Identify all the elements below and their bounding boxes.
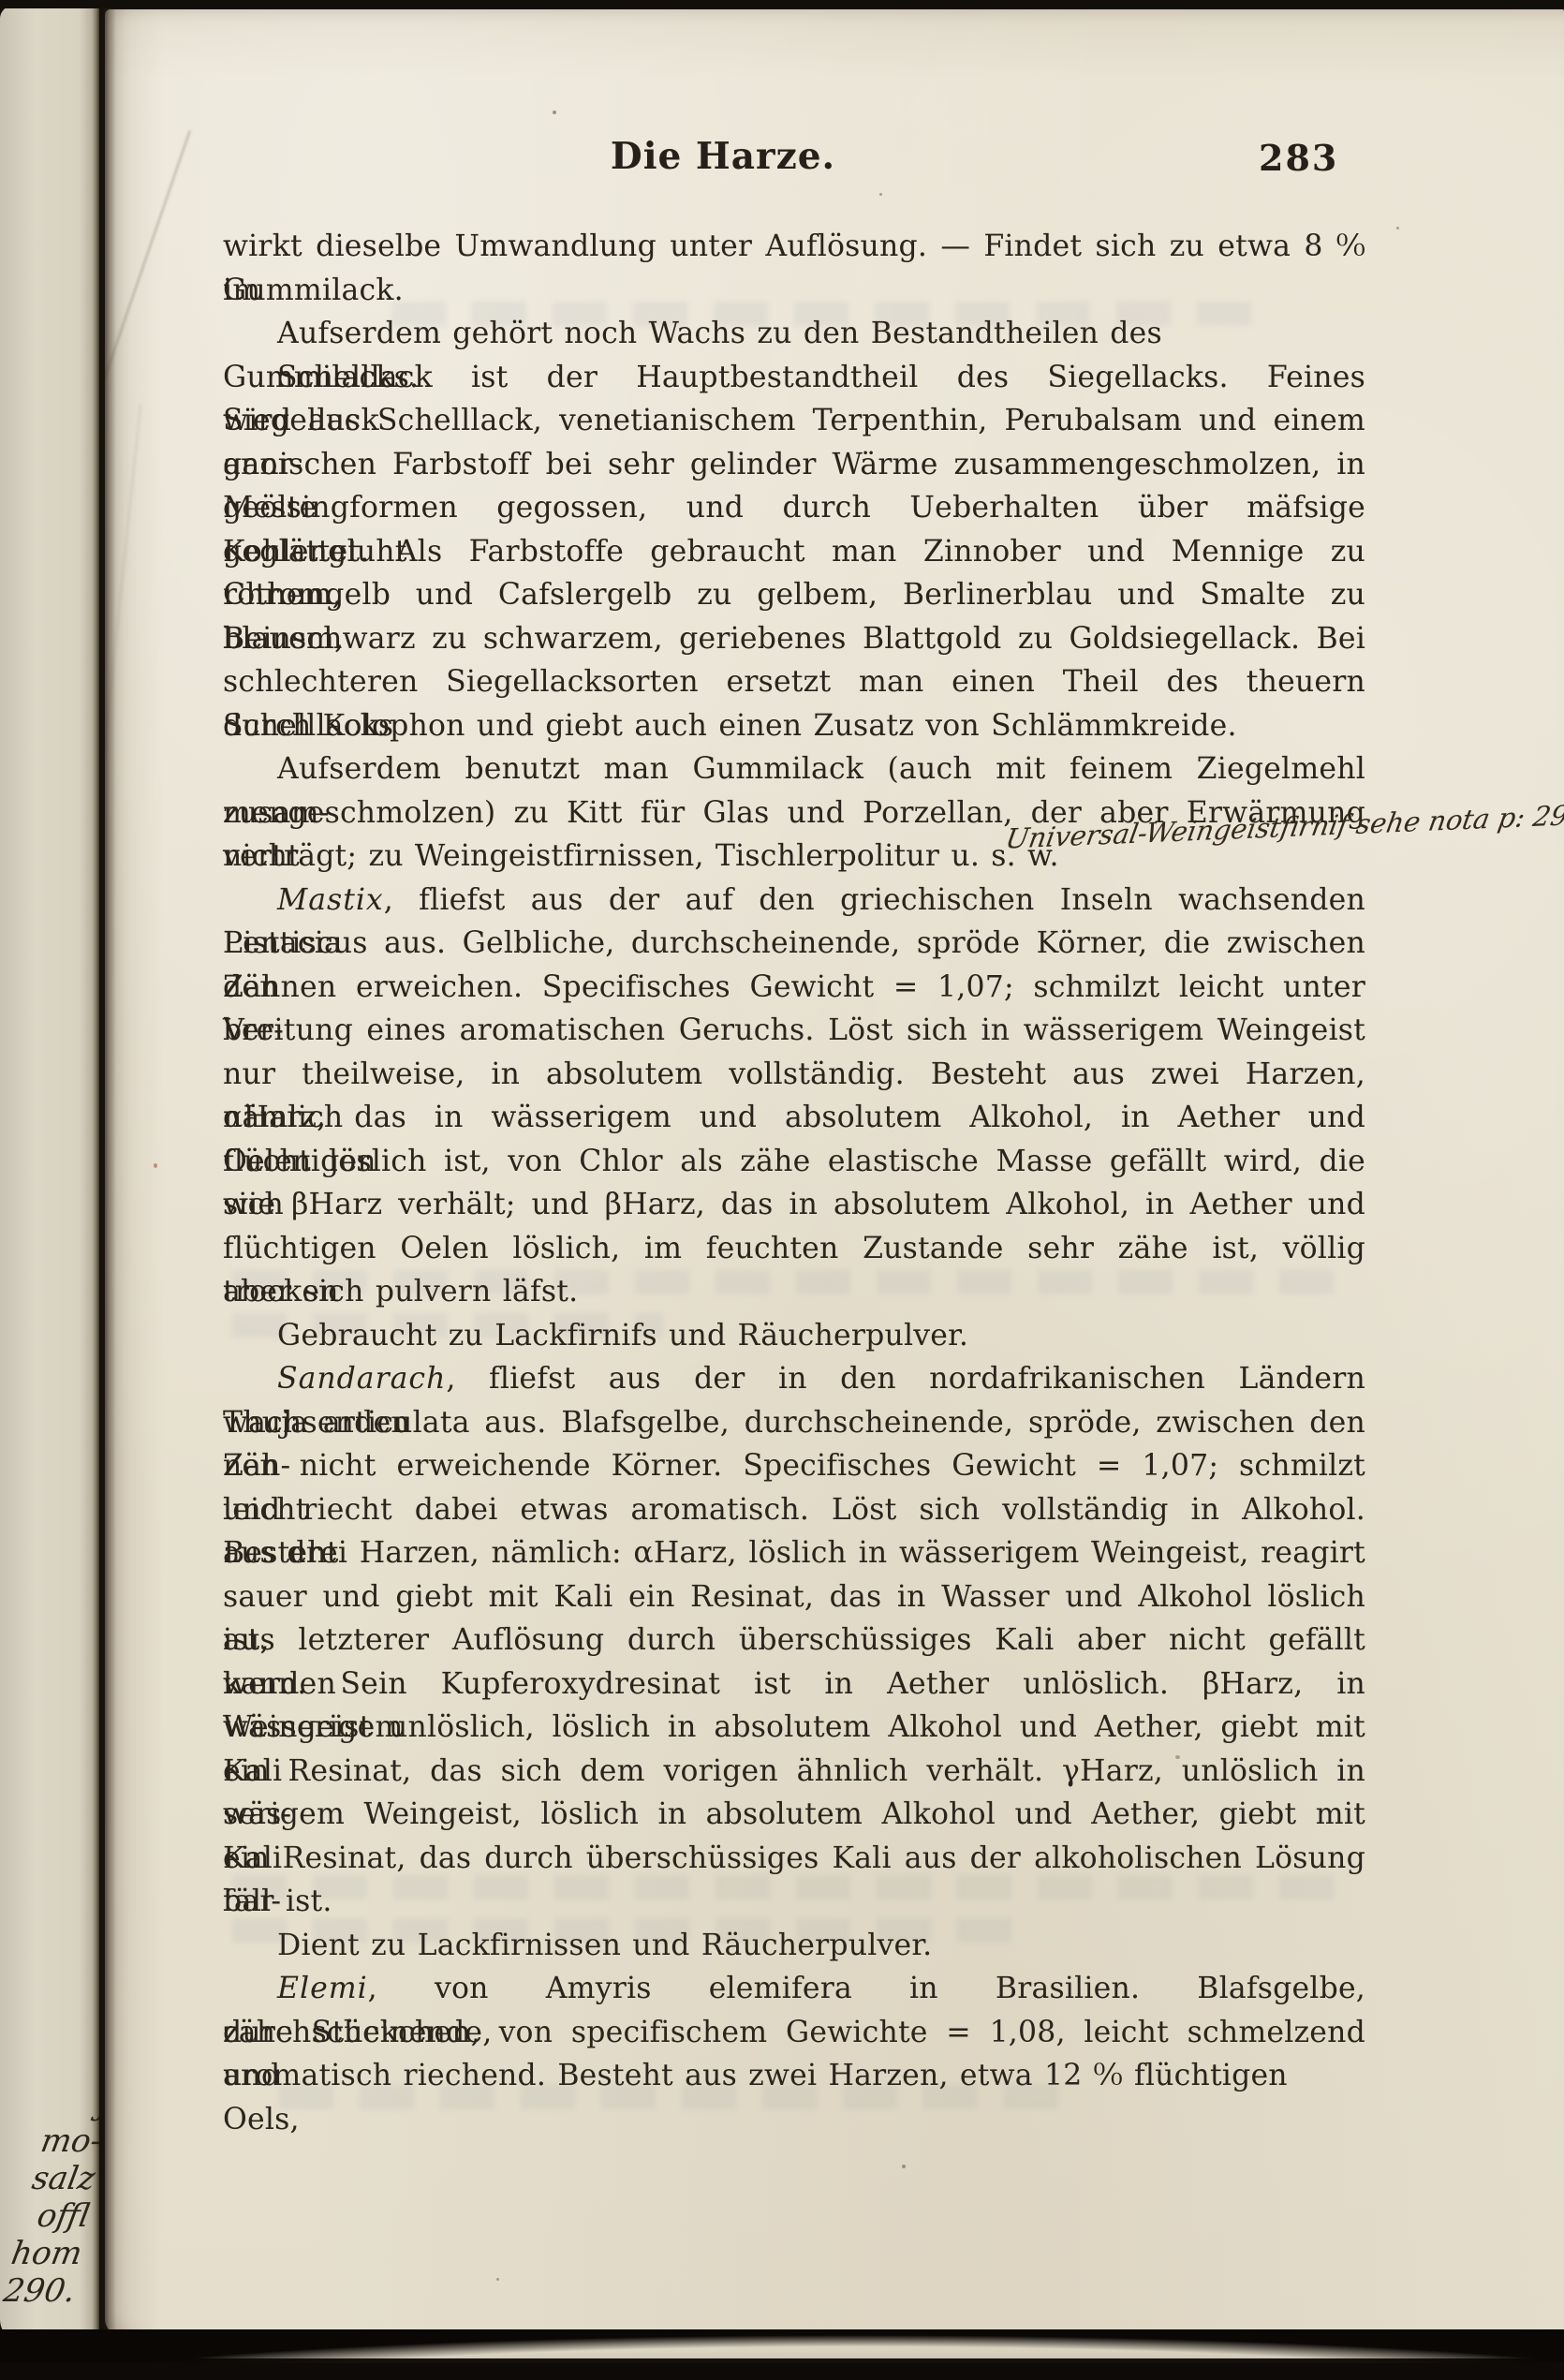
text-line: Aufserdem benutzt man Gummilack (auch mi… — [223, 747, 1365, 791]
text-line: aromatisch riechend. Besteht aus zwei Ha… — [223, 2054, 1365, 2098]
text-line: und riecht dabei etwas aromatisch. Löst … — [223, 1488, 1365, 1532]
text-line: Thuja articulata aus. Blafsgelbe, durchs… — [223, 1401, 1365, 1445]
text-line: Gebraucht zu Lackfirnifs und Räucherpulv… — [223, 1314, 1365, 1358]
body-text: wirkt dieselbe Umwandlung unter Auflösun… — [223, 225, 1365, 2098]
text-line: ein Resinat, das durch überschüssiges Ka… — [223, 1837, 1365, 1881]
handwriting-fragment: hom — [7, 2235, 85, 2272]
text-line: durch Kolophon und giebt auch einen Zusa… — [223, 704, 1365, 748]
paper-speck — [553, 111, 556, 114]
resin-name-italic: Sandarach — [277, 1362, 446, 1396]
left-margin-handwriting: ʃmo-salzofflhom290. — [1, 2085, 99, 2310]
text-line: Elemi, von Amyris elemifera in Brasilien… — [223, 1967, 1365, 2011]
text-line: Aufserdem gehört noch Wachs zu den Besta… — [223, 312, 1365, 356]
scanned-book-photo: { "page": { "header_title": "Die Harze."… — [0, 0, 1564, 2380]
text-line: Gummilack. — [223, 269, 1365, 313]
paper-speck — [154, 1163, 157, 1168]
handwriting-fragment: salz — [21, 2160, 98, 2197]
text-line: Dient zu Lackfirnissen und Räucherpulver… — [223, 1924, 1365, 1968]
text-line: Lentiscus aus. Gelbliche, durchscheinend… — [223, 922, 1365, 966]
text-line: Messingformen gegossen, und durch Ueberh… — [223, 486, 1365, 530]
text-line: αHarz, das in wässerigem und absolutem A… — [223, 1096, 1365, 1140]
book-page: Die Harze. 283 wirkt dieselbe Umwandlung… — [105, 9, 1564, 2358]
handwriting-fragment: mo- — [27, 2122, 99, 2160]
text-line: Mastix, fliefst aus der auf den griechis… — [223, 879, 1365, 923]
text-line: ein Resinat, das sich dem vorigen ähnlic… — [223, 1750, 1365, 1794]
resin-name-italic: Elemi — [277, 1972, 368, 2005]
text-line: geglättet. Als Farbstoffe gebraucht man … — [223, 530, 1365, 574]
paper-speck — [902, 2165, 906, 2168]
paper-speck — [879, 193, 882, 196]
text-line: schlechteren Siegellacksorten ersetzt ma… — [223, 660, 1365, 704]
text-line: Beinschwarz zu schwarzem, geriebenes Bla… — [223, 617, 1365, 661]
text-line: wirkt dieselbe Umwandlung unter Auflösun… — [223, 225, 1365, 269]
paper-speck — [496, 2278, 499, 2281]
text-line: nur theilweise, in absolutem vollständig… — [223, 1053, 1365, 1097]
text-line: zähe Stückchen, von specifischem Gewicht… — [223, 2011, 1365, 2055]
resin-name-italic: Mastix — [277, 883, 384, 917]
text-line: kann. Sein Kupferoxydresinat ist in Aeth… — [223, 1663, 1365, 1707]
text-line: flüchtigen Oelen löslich, im feuchten Zu… — [223, 1227, 1365, 1271]
text-line: Sandarach, fliefst aus der in den nordaf… — [223, 1357, 1365, 1401]
photo-background-edge — [0, 2363, 1564, 2380]
handwriting-fragment: offl — [14, 2197, 92, 2235]
photo-background-edge — [0, 0, 1564, 8]
page-header-title: Die Harze. — [592, 135, 854, 178]
text-line: nen nicht erweichende Körner. Specifisch… — [223, 1444, 1365, 1488]
text-line: Weingeist unlöslich, löslich in absolute… — [223, 1706, 1365, 1750]
page-number: 283 — [1259, 137, 1338, 179]
text-line: bar ist. — [223, 1880, 1365, 1924]
text-line: Schelllack ist der Hauptbestandtheil des… — [223, 356, 1365, 400]
paper-crease — [105, 130, 191, 432]
handwriting-fragment: 290. — [1, 2272, 79, 2310]
text-line: Chromgelb und Cafslergelb zu gelbem, Ber… — [223, 573, 1365, 617]
text-line: aber sich pulvern läfst. — [223, 1270, 1365, 1314]
text-line: breitung eines aromatischen Geruchs. Lös… — [223, 1009, 1365, 1053]
text-line: sauer und giebt mit Kali ein Resinat, da… — [223, 1575, 1365, 1619]
text-line: aus drei Harzen, nämlich: αHarz, löslich… — [223, 1531, 1365, 1575]
paper-speck — [1396, 227, 1399, 229]
text-line: Oelen löslich ist, von Chlor als zähe el… — [223, 1140, 1365, 1184]
book-gutter-shadow — [92, 0, 116, 2380]
handwriting-fragment: ʃ — [34, 2085, 99, 2122]
text-line: wird aus Schelllack, venetianischem Terp… — [223, 399, 1365, 443]
text-line: serigem Weingeist, löslich in absolutem … — [223, 1793, 1365, 1837]
text-line: wie βHarz verhält; und βHarz, das in abs… — [223, 1183, 1365, 1227]
text-line: aus letzterer Auflösung durch überschüss… — [223, 1619, 1365, 1663]
previous-page-edge: ʃmo-salzofflhom290. — [0, 6, 99, 2343]
text-line: Zähnen erweichen. Specifisches Gewicht =… — [223, 966, 1365, 1010]
text-line: ganischen Farbstoff bei sehr gelinder Wä… — [223, 443, 1365, 487]
